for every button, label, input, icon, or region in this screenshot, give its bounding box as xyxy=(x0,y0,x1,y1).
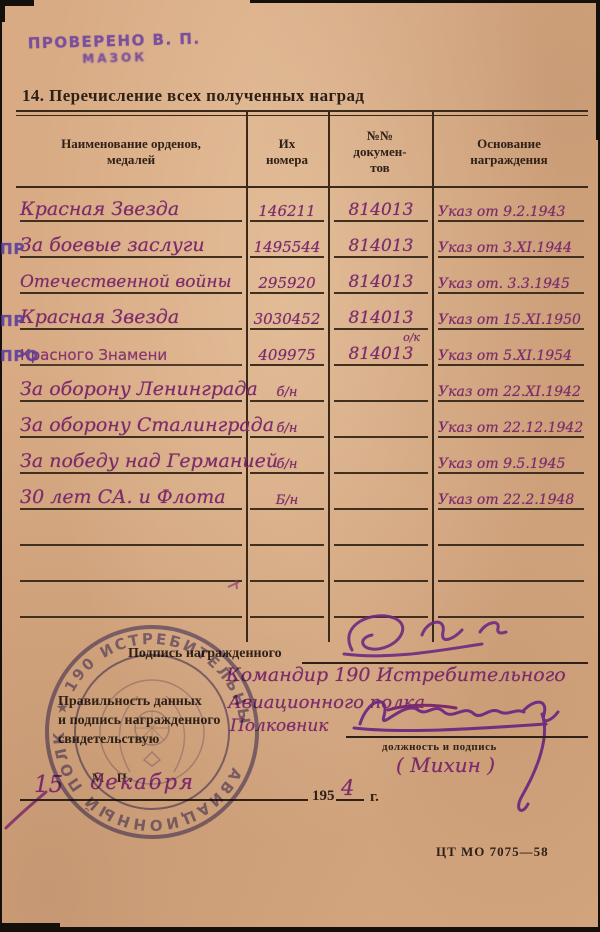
award-name: За победу над Германией xyxy=(20,450,242,474)
document-page: ПРОВЕРЕНО В. П. МАЗОК 14. Перечисление в… xyxy=(0,0,600,932)
col-header-documents: №№ докумен- тов xyxy=(328,120,432,184)
award-doc: 814013 xyxy=(334,236,428,258)
award-doc xyxy=(334,472,428,474)
table-row: За оборону Ленинграда б/н Указ от 22.XI.… xyxy=(16,370,586,406)
award-basis: Указ от 3.XI.1944 xyxy=(438,240,584,258)
empty-cell xyxy=(20,616,242,618)
table-row: Красного Знамени 409975 о/к 814013 Указ … xyxy=(16,334,586,370)
award-number: 146211 xyxy=(250,202,324,222)
year-suffix: г. xyxy=(370,789,379,806)
award-name: Красная Звезда xyxy=(20,306,242,330)
empty-cell xyxy=(250,544,324,546)
award-name: За боевые заслуги xyxy=(20,234,242,258)
awards-table-body: Красная Звезда 146211 814013 Указ от 9.2… xyxy=(16,190,586,622)
award-basis: Указ от 5.XI.1954 xyxy=(438,348,584,366)
award-number: 409975 xyxy=(250,346,324,366)
commander-line-1: Командир 190 Истребительного xyxy=(226,664,566,686)
year-handwritten: 4 xyxy=(341,776,354,800)
empty-cell xyxy=(438,580,584,582)
table-row: 30 лет СА. и Флота Б/н Указ от 22.2.1948 xyxy=(16,478,586,514)
recipient-signature xyxy=(330,608,508,666)
table-header-rule xyxy=(16,186,588,188)
award-name: Красная Звезда xyxy=(20,198,242,222)
position-signature-line xyxy=(346,736,588,738)
position-label: должность и подпись xyxy=(382,741,497,753)
col-header-award-name: Наименование орденов, медалей xyxy=(16,120,246,184)
award-name: За оборону Ленинграда xyxy=(20,378,242,402)
table-row: Отечественной войны 295920 814013 Указ о… xyxy=(16,262,586,298)
award-basis: Указ от 15.XI.1950 xyxy=(438,312,584,330)
seal-top-text: ★ 190 ИСТРЕБИТЕЛЬНЫЙ xyxy=(32,605,254,727)
award-name: Отечественной войны xyxy=(20,272,242,294)
col-header-basis: Основание награждения xyxy=(432,120,586,184)
award-doc xyxy=(334,508,428,510)
empty-cell xyxy=(334,580,428,582)
margin-proverено-stamp: ПР xyxy=(0,312,26,330)
svg-text:★ 190 ИСТРЕБИТЕЛЬНЫЙ: ★ 190 ИСТРЕБИТЕЛЬНЫЙ xyxy=(32,605,254,727)
award-number: Б/н xyxy=(250,491,324,510)
award-number: 3030452 xyxy=(250,310,324,330)
year-line xyxy=(336,799,364,801)
award-number: 295920 xyxy=(250,274,324,294)
award-doc xyxy=(334,436,428,438)
scan-edge-top-left xyxy=(0,0,34,6)
empty-cell xyxy=(250,580,324,582)
form-code: ЦТ МО 7075—58 xyxy=(436,844,549,860)
scan-edge-bottom-left xyxy=(0,923,60,932)
doc-number: 814013 xyxy=(349,344,414,364)
table-row: За боевые заслуги 1495544 814013 Указ от… xyxy=(16,226,586,262)
award-doc xyxy=(334,400,428,402)
award-number: 1495544 xyxy=(250,238,324,258)
award-doc: о/к 814013 xyxy=(334,344,428,366)
empty-cell xyxy=(334,544,428,546)
award-name: За оборону Сталинграда xyxy=(20,414,242,438)
section-title: 14. Перечисление всех полученных наград xyxy=(22,86,364,106)
verified-stamp: ПРОВЕРЕНО В. П. МАЗОК xyxy=(28,30,202,68)
col-header-number: Их номера xyxy=(246,120,328,184)
table-row-empty xyxy=(16,550,586,586)
scan-edge-bottom xyxy=(0,927,600,932)
award-number: б/н xyxy=(250,455,324,474)
table-top-rule-2 xyxy=(16,115,588,116)
margin-proverено-stamp: ПР xyxy=(0,240,26,258)
doc-note: о/к xyxy=(403,331,420,344)
award-basis: Указ от 22.12.1942 xyxy=(438,420,584,438)
empty-cell xyxy=(438,544,584,546)
table-top-rule xyxy=(16,110,588,112)
year-printed: 195 xyxy=(312,788,335,805)
award-basis: Указ от 9.2.1943 xyxy=(438,204,584,222)
table-row: За оборону Сталинграда б/н Указ от 22.12… xyxy=(16,406,586,442)
table-row: Красная Звезда 3030452 814013 Указ от 15… xyxy=(16,298,586,334)
award-number: б/н xyxy=(250,419,324,438)
award-basis: Указ от 22.2.1948 xyxy=(438,492,584,510)
empty-cell xyxy=(20,580,242,582)
award-doc: 814013 xyxy=(334,308,428,330)
award-basis: Указ от 22.XI.1942 xyxy=(438,384,584,402)
table-header-row: Наименование орденов, медалей Их номера … xyxy=(16,120,586,184)
award-doc: 814013 xyxy=(334,200,428,222)
award-name: 30 лет СА. и Флота xyxy=(20,486,242,510)
award-basis: Указ от. 3.3.1945 xyxy=(438,276,584,294)
scan-edge-top xyxy=(250,0,600,3)
round-unit-seal: ★ 190 ИСТРЕБИТЕЛЬНЫЙ АВИАЦИОННЫЙ ПОЛК xyxy=(40,620,264,844)
surname-in-parens: ( Михин ) xyxy=(396,753,495,777)
award-doc: 814013 xyxy=(334,272,428,294)
award-name: Красного Знамени xyxy=(20,346,242,366)
table-row: За победу над Германией б/н Указ от 9.5.… xyxy=(16,442,586,478)
margin-proverено-stamp: ПРО xyxy=(0,347,39,365)
stray-pen-mark xyxy=(226,578,244,592)
empty-cell xyxy=(20,544,242,546)
award-number: б/н xyxy=(250,383,324,402)
table-row-empty xyxy=(16,514,586,550)
award-basis: Указ от 9.5.1945 xyxy=(438,456,584,474)
table-row: Красная Звезда 146211 814013 Указ от 9.2… xyxy=(16,190,586,226)
empty-cell xyxy=(250,616,324,618)
